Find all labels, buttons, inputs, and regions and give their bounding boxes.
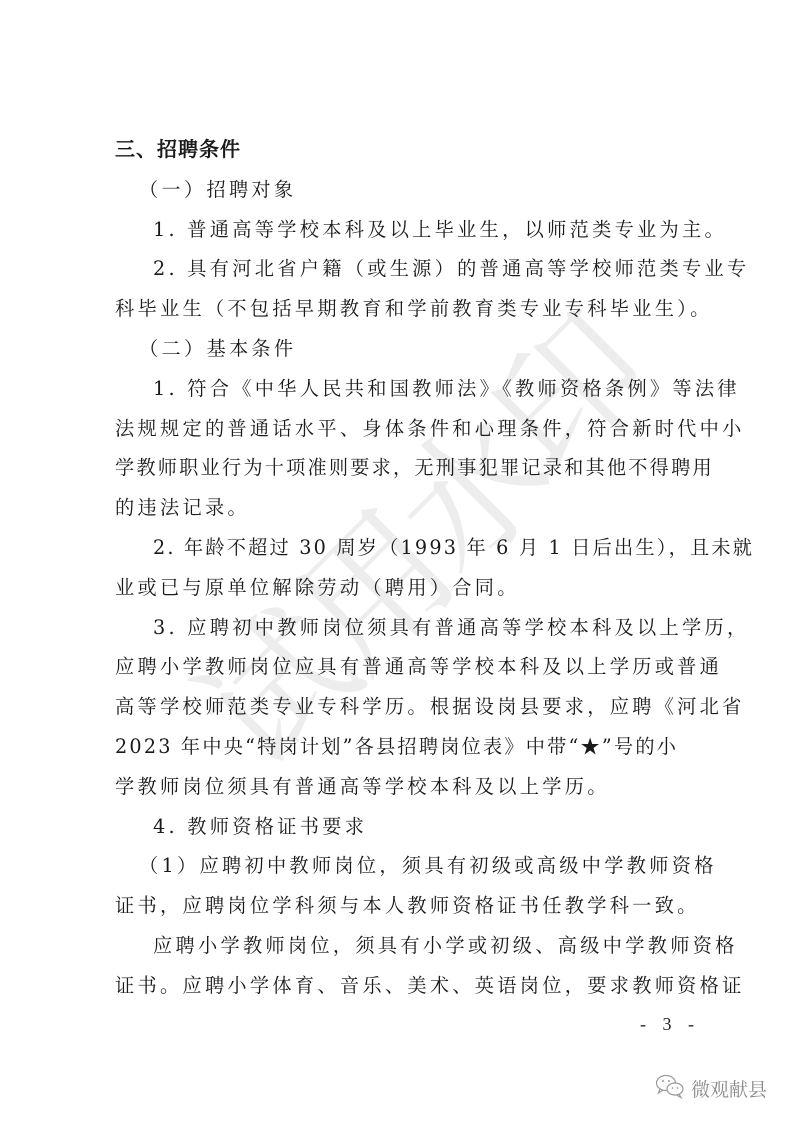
wechat-icon [655, 1073, 685, 1103]
account-name: 微观献县 [691, 1075, 767, 1102]
paragraph-line: 高等学校师范类专业专科学历。根据设岗县要求，应聘《河北省 [115, 687, 691, 727]
paragraph-line: 证书，应聘岗位学科须与本人教师资格证书任教学科一致。 [115, 886, 691, 926]
subsection-title: （二）基本条件 [115, 329, 691, 369]
account-logo: 微观献县 [655, 1073, 767, 1103]
document-body: 三、招聘条件 （一）招聘对象 1. 普通高等学校本科及以上毕业生，以师范类专业为… [115, 130, 691, 1006]
paragraph-line: 应聘小学教师岗位应具有普通高等学校本科及以上学历或普通 [115, 647, 691, 687]
paragraph-line: 学教师岗位须具有普通高等学校本科及以上学历。 [115, 767, 691, 807]
paragraph-line: 2. 具有河北省户籍（或生源）的普通高等学校师范类专业专 [115, 249, 691, 289]
paragraph-line: 4. 教师资格证书要求 [115, 807, 691, 847]
paragraph-line: 的违法记录。 [115, 488, 691, 528]
document-page: 试用水印 三、招聘条件 （一）招聘对象 1. 普通高等学校本科及以上毕业生，以师… [0, 0, 794, 1123]
paragraph-line: 1. 普通高等学校本科及以上毕业生，以师范类专业为主。 [115, 210, 691, 250]
paragraph-line: 3. 应聘初中教师岗位须具有普通高等学校本科及以上学历， [115, 608, 691, 648]
paragraph-line: 应聘小学教师岗位，须具有小学或初级、高级中学教师资格 [115, 926, 691, 966]
paragraph-line: 科毕业生（不包括早期教育和学前教育类专业专科毕业生）。 [115, 289, 691, 329]
subsection-title: （一）招聘对象 [115, 170, 691, 210]
paragraph-line: 学教师职业行为十项准则要求，无刑事犯罪记录和其他不得聘用 [115, 448, 691, 488]
paragraph-line: 2. 年龄不超过 30 周岁（1993 年 6 月 1 日后出生），且未就 [115, 528, 691, 568]
paragraph-line: 业或已与原单位解除劳动（聘用）合同。 [115, 568, 691, 608]
paragraph-line: 法规规定的普通话水平、身体条件和心理条件，符合新时代中小 [115, 409, 691, 449]
paragraph-line: 2023 年中央“特岗计划”各县招聘岗位表》中带“★”号的小 [115, 727, 691, 767]
paragraph-line: 证书。应聘小学体育、音乐、美术、英语岗位，要求教师资格证 [115, 966, 691, 1006]
paragraph-line: （1）应聘初中教师岗位，须具有初级或高级中学教师资格 [115, 846, 691, 886]
paragraph-line: 1. 符合《中华人民共和国教师法》《教师资格条例》等法律 [115, 369, 691, 409]
page-number: - 3 - [640, 1014, 700, 1035]
section-heading: 三、招聘条件 [115, 130, 691, 170]
